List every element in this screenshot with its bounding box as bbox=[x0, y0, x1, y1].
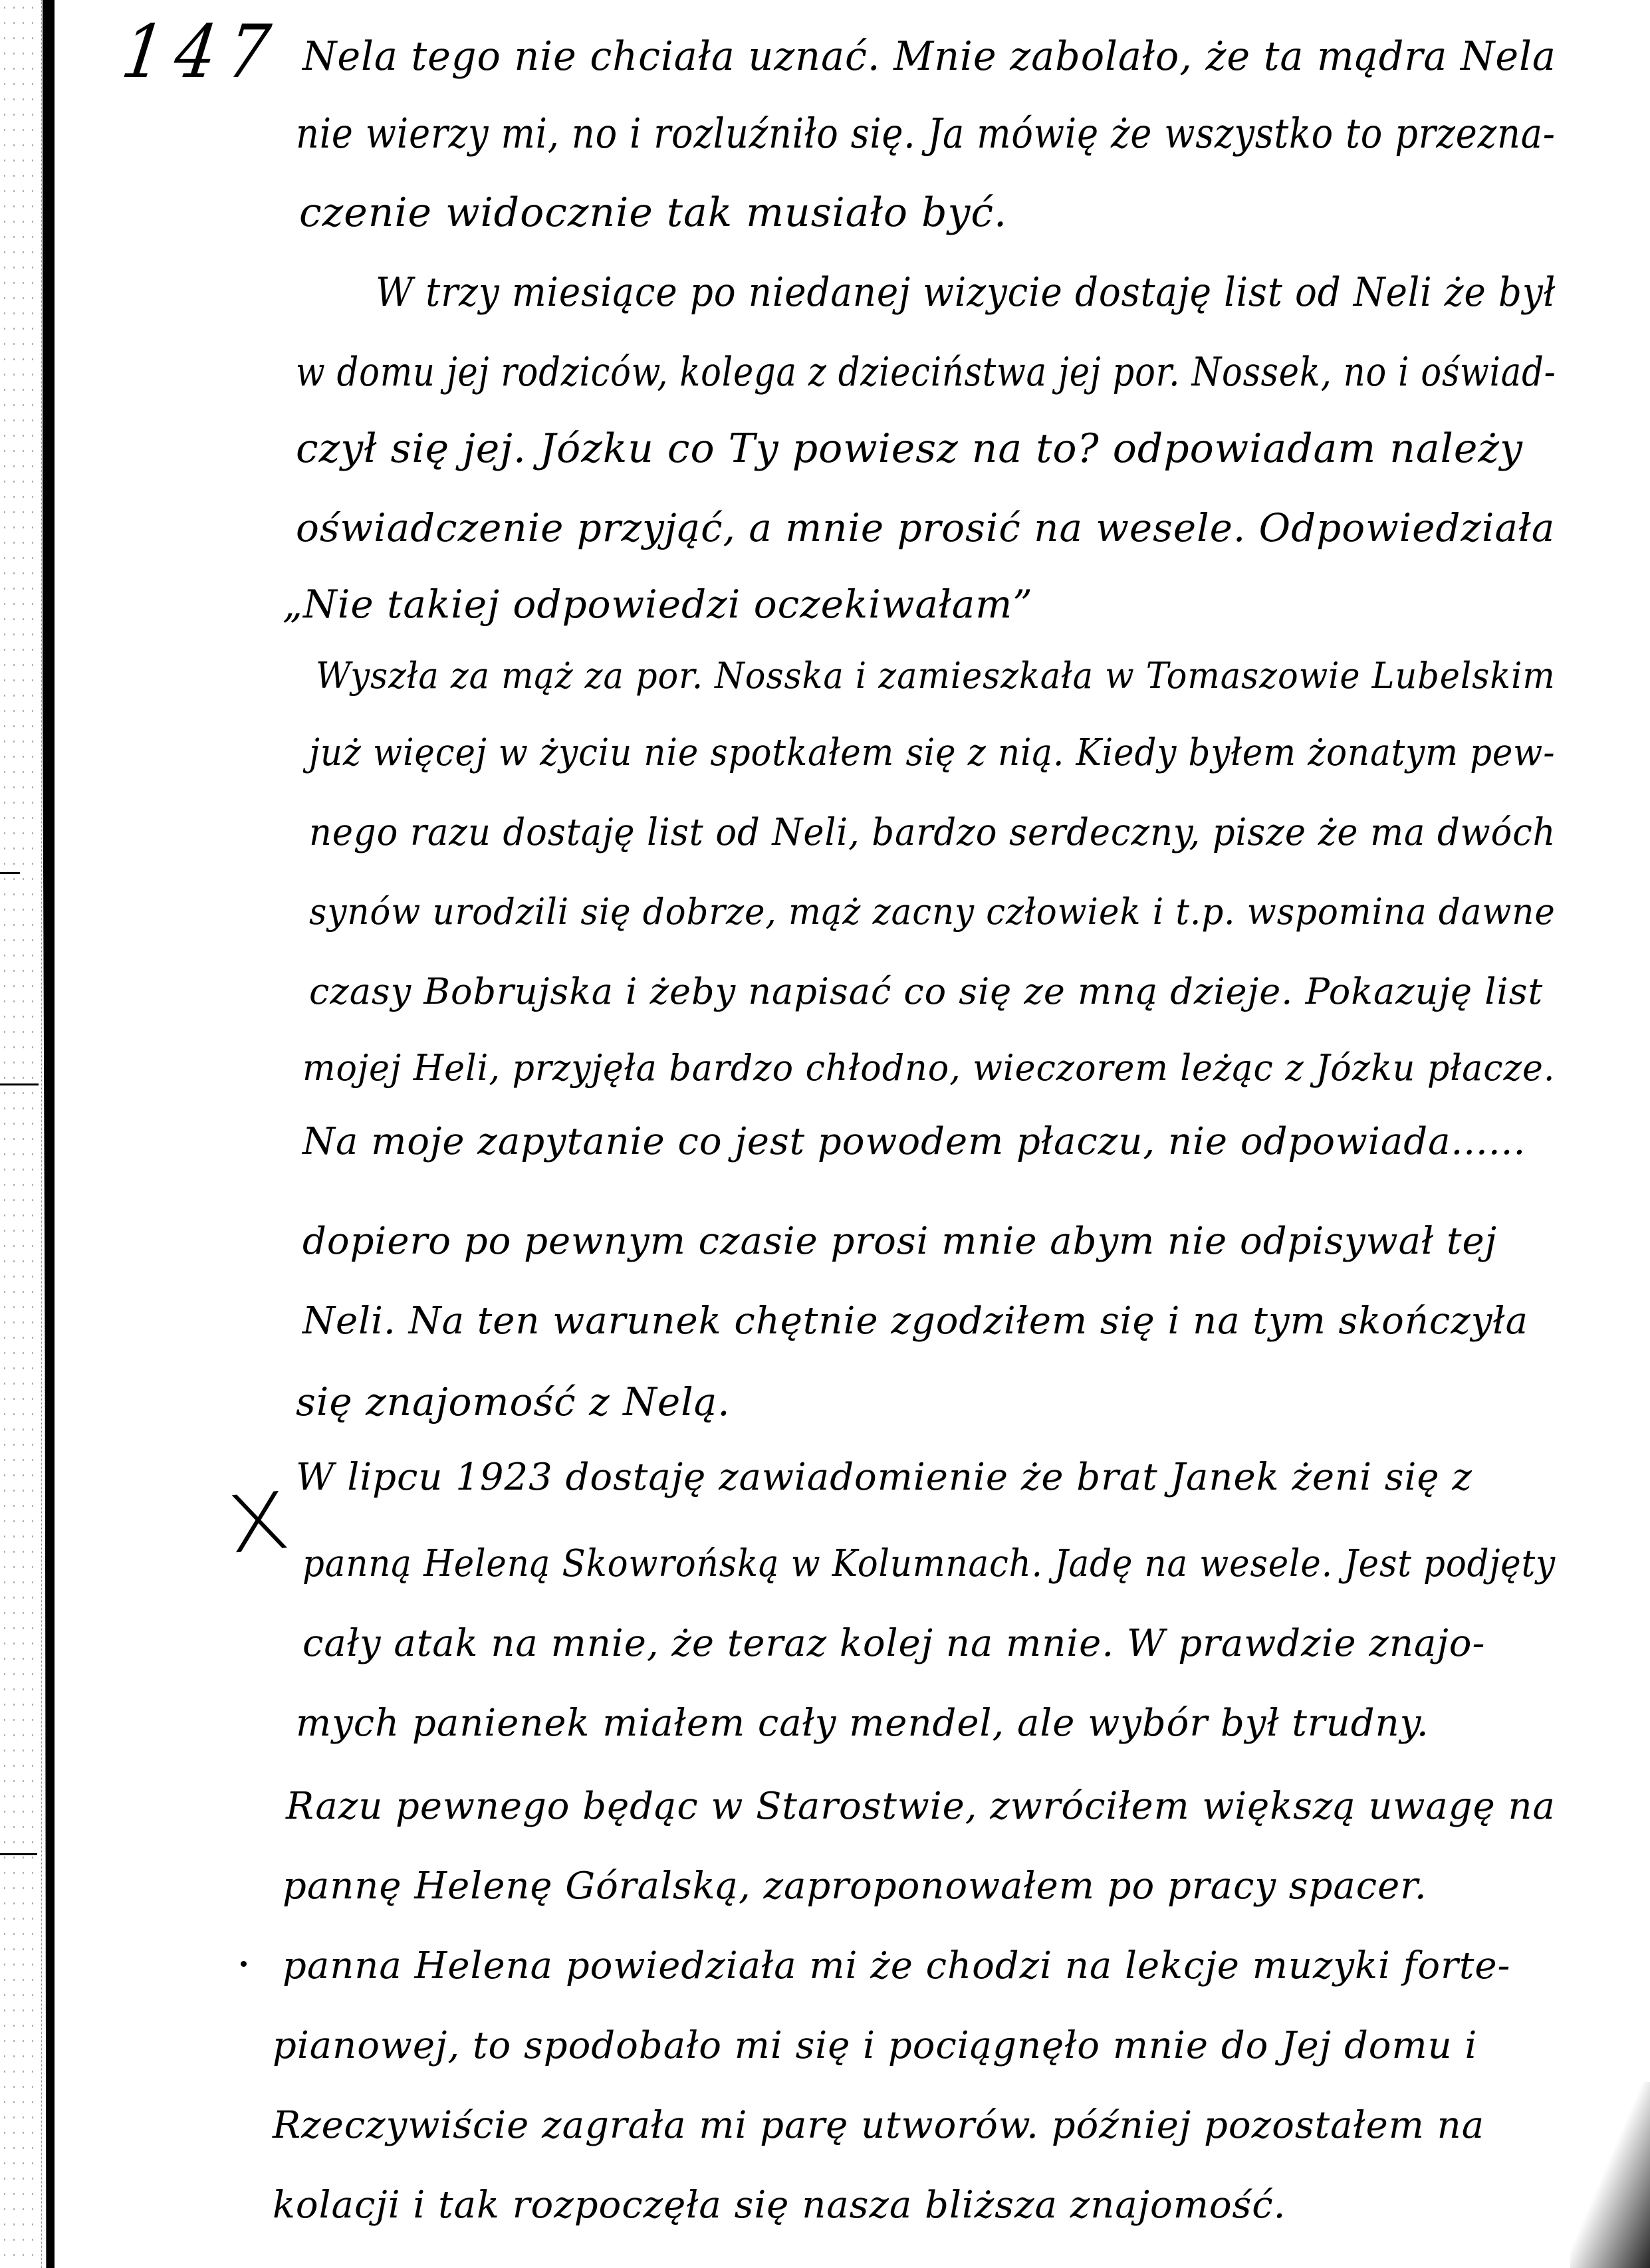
text-line: Rzeczywiście zagrała mi parę utworów. pó… bbox=[273, 2107, 1484, 2144]
scan-corner-shadow bbox=[1570, 2082, 1650, 2268]
margin-cross-mark: X bbox=[223, 1481, 294, 1565]
text-line: pannę Helenę Góralską, zaproponowałem po… bbox=[283, 1868, 1427, 1905]
text-line: Razu pewnego będąc w Starostwie, zwrócił… bbox=[286, 1788, 1556, 1825]
text-line: oświadczenie przyjąć, a mnie prosić na w… bbox=[296, 509, 1555, 547]
edge-mark bbox=[0, 1083, 39, 1085]
text-line: pianowej, to spodobało mi się i pociągnę… bbox=[273, 2027, 1477, 2065]
scan-noise bbox=[0, 0, 41, 2268]
text-line: W lipcu 1923 dostaję zawiadomienie że br… bbox=[296, 1459, 1473, 1496]
text-line: dopiero po pewnym czasie prosi mnie abym… bbox=[302, 1223, 1497, 1260]
binding-shadow-line bbox=[43, 0, 55, 2268]
text-line: panna Helena powiedziała mi że chodzi na… bbox=[283, 1948, 1510, 1985]
text-line: kolacji i tak rozpoczęła się nasza bliżs… bbox=[273, 2187, 1286, 2224]
text-line: się znajomość z Nelą. bbox=[296, 1383, 731, 1421]
text-line: czasy Bobrujska i żeby napisać co się ze… bbox=[309, 974, 1543, 1010]
text-line: Na moje zapytanie co jest powodem płaczu… bbox=[302, 1123, 1526, 1161]
text-line: Wyszła za mąż za por. Nosska i zamieszka… bbox=[316, 658, 1556, 694]
document-page: 147 X Nela tego nie chciała uznać. Mnie … bbox=[0, 0, 1650, 2268]
text-line: w domu jej rodziców, kolega z dzieciństw… bbox=[296, 352, 1556, 392]
text-line: synów urodzili się dobrze, mąż zacny czł… bbox=[309, 894, 1556, 930]
text-line: panną Heleną Skowrońską w Kolumnach. Jad… bbox=[302, 1545, 1556, 1583]
text-line: W trzy miesiące po niedanej wizycie dost… bbox=[376, 273, 1556, 312]
edge-mark bbox=[0, 1853, 37, 1855]
text-line: „Nie takiej odpowiedzi oczekiwałam” bbox=[283, 585, 1033, 624]
text-line: cały atak na mnie, że teraz kolej na mni… bbox=[302, 1625, 1485, 1662]
margin-dot bbox=[241, 1961, 247, 1967]
text-line: nego razu dostaję list od Neli, bardzo s… bbox=[309, 814, 1556, 851]
text-line: nie wierzy mi, no i rozluźniło się. Ja m… bbox=[296, 113, 1556, 154]
text-line: mojej Heli, przyjęła bardzo chłodno, wie… bbox=[302, 1050, 1555, 1086]
text-line: czył się jej. Józku co Ty powiesz na to?… bbox=[296, 429, 1523, 469]
page-number: 147 bbox=[118, 15, 286, 88]
text-line: Nela tego nie chciała uznać. Mnie zabola… bbox=[302, 37, 1556, 76]
text-line: już więcej w życiu nie spotkałem się z n… bbox=[309, 735, 1555, 772]
text-line: Neli. Na ten warunek chętnie zgodziłem s… bbox=[302, 1303, 1528, 1340]
binding-edge bbox=[0, 0, 42, 2268]
text-line: czenie widocznie tak musiało być. bbox=[299, 193, 1007, 233]
text-line: mych panienek miałem cały mendel, ale wy… bbox=[296, 1705, 1429, 1742]
edge-mark bbox=[0, 872, 20, 874]
